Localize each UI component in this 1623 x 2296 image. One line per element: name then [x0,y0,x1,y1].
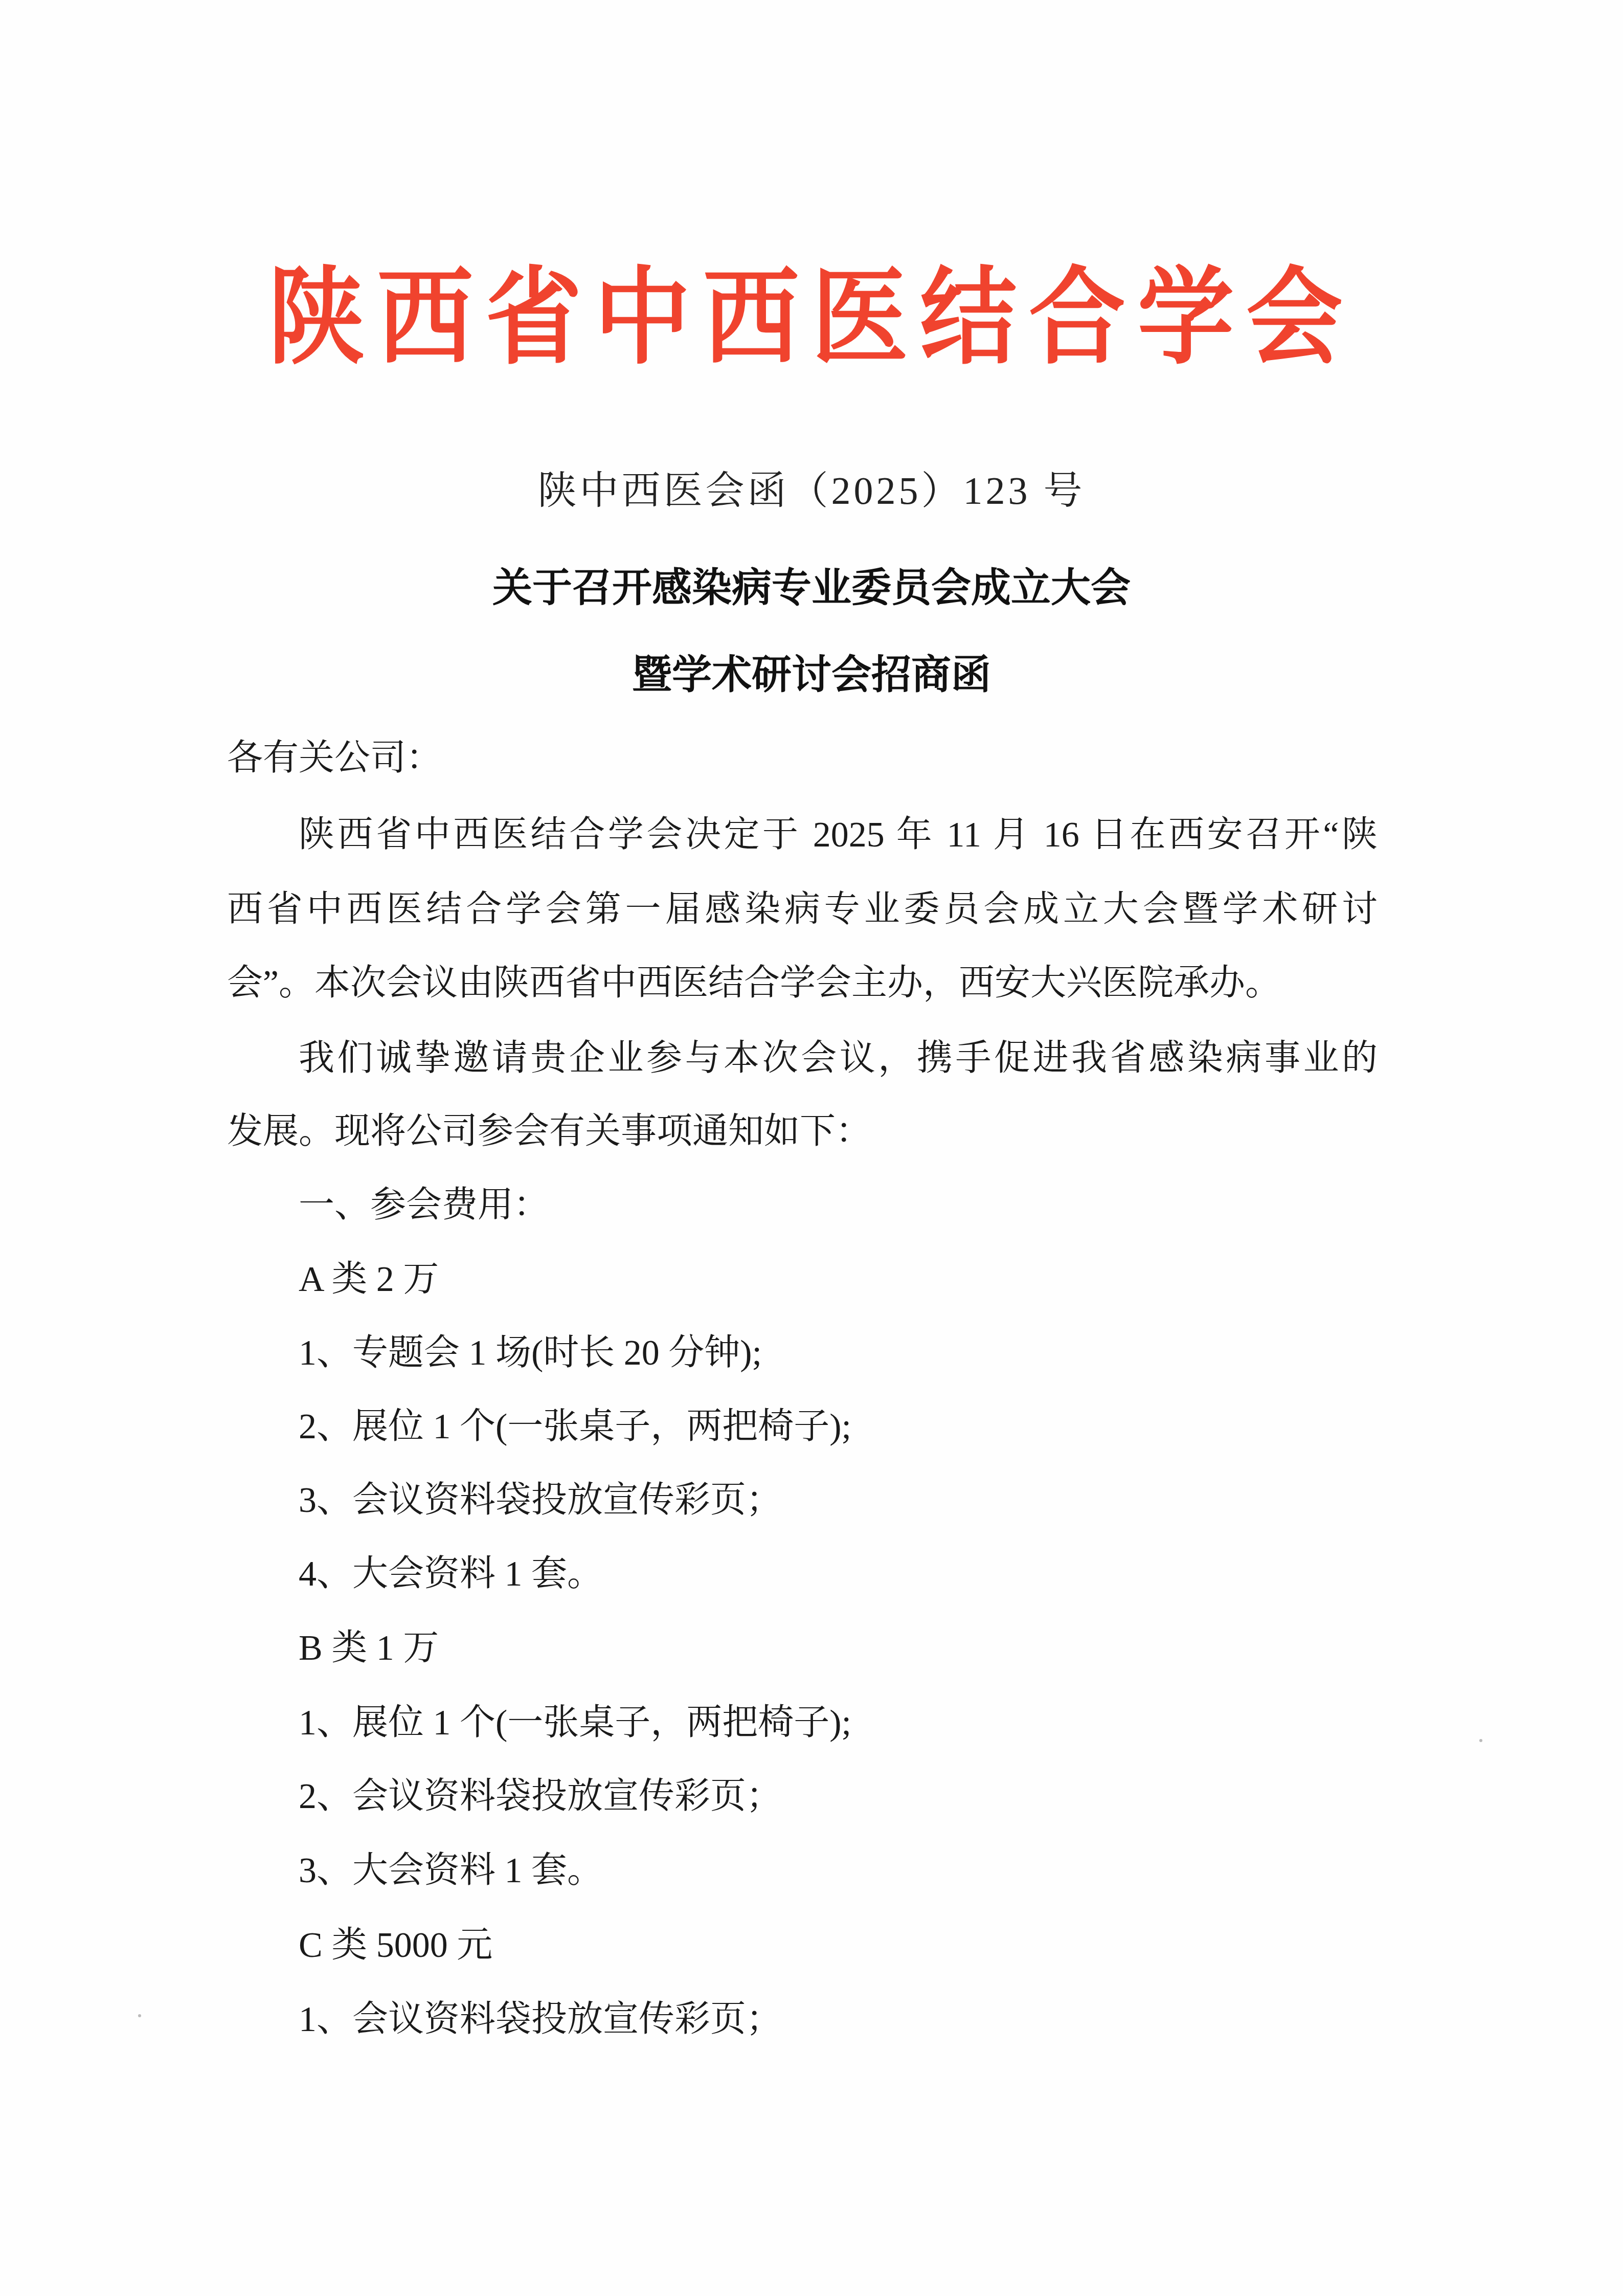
section-1-heading: 一、参会费用： [299,1177,549,1234]
scan-speck [1479,1739,1482,1742]
tier-c-label: C 类 5000 元 [299,1918,492,1974]
tier-b-item: 1、展位 1 个(一张桌子，两把椅子); [299,1695,851,1751]
document-title-line-1: 关于召开感染病专业委员会成立大会 [0,560,1623,616]
scan-speck [138,2014,141,2017]
tier-a-item: 2、展位 1 个(一张桌子，两把椅子); [299,1399,851,1455]
tier-b-item: 3、大会资料 1 套。 [299,1843,603,1899]
tier-b-item: 2、会议资料袋投放宣传彩页； [299,1769,782,1825]
tier-a-item: 3、会议资料袋投放宣传彩页； [299,1473,782,1529]
tier-c-item: 1、会议资料袋投放宣传彩页； [299,1992,782,2048]
document-title-line-2: 暨学术研讨会招商函 [0,647,1623,703]
tier-a-item: 4、大会资料 1 套。 [299,1546,603,1602]
paragraph-1-line-2: 西省中西医结合学会第一届感染病专业委员会成立大会暨学术研讨 [227,882,1378,938]
organization-masthead: 陕西省中西医结合学会 [65,256,1558,378]
paragraph-1-line-3: 会”。本次会议由陕西省中西医结合学会主办，西安大兴医院承办。 [227,955,1281,1012]
paragraph-1-line-1: 陕西省中西医结合学会决定于 2025 年 11 月 16 日在西安召开“陕 [299,807,1378,863]
tier-a-label: A 类 2 万 [299,1252,439,1308]
paragraph-2-line-1: 我们诚挚邀请贵企业参与本次会议，携手促进我省感染病事业的 [299,1031,1378,1087]
tier-a-item: 1、专题会 1 场(时长 20 分钟); [299,1325,762,1381]
document-page: 陕西省中西医结合学会 陕中西医会函（2025）123 号 关于召开感染病专业委员… [0,0,1623,2296]
paragraph-2-line-2: 发展。现将公司参会有关事项通知如下： [227,1104,871,1160]
tier-b-label: B 类 1 万 [299,1620,439,1677]
document-number: 陕中西医会函（2025）123 号 [0,463,1623,519]
salutation: 各有关公司： [227,730,442,787]
